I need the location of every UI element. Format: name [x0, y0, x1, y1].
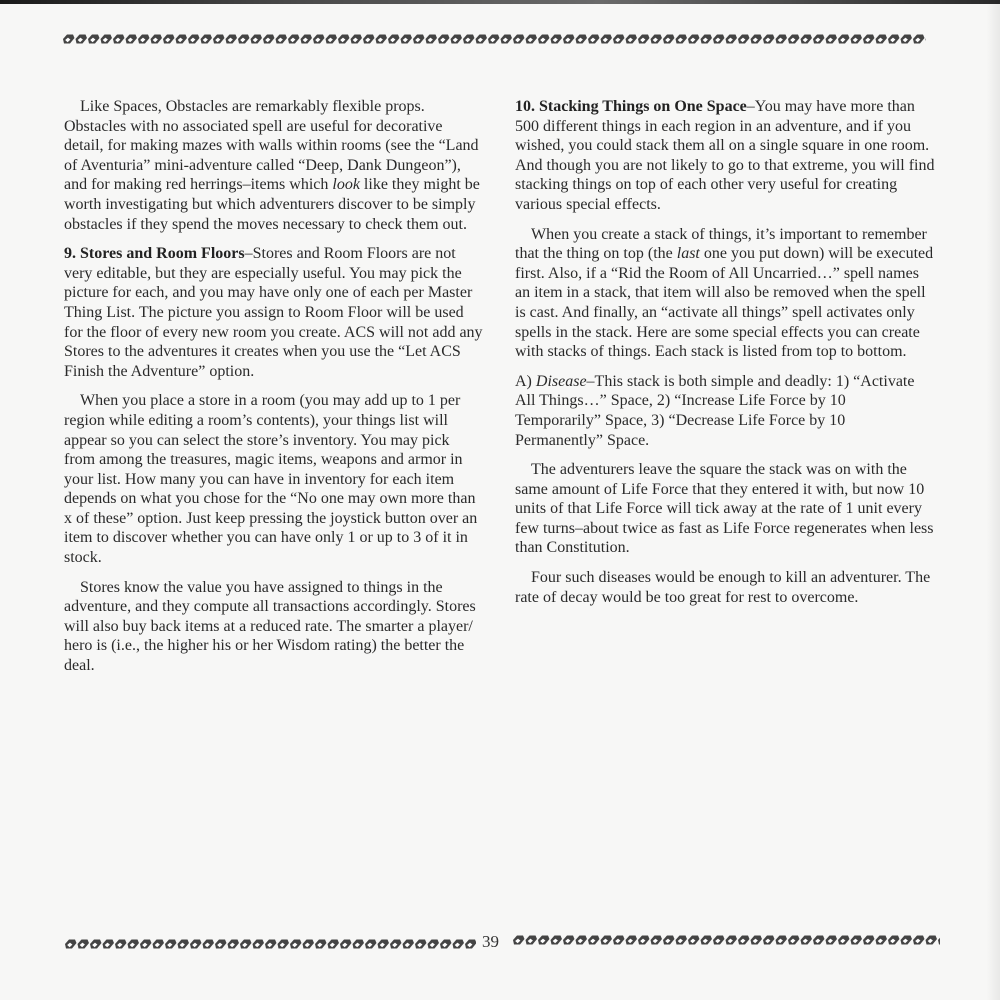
left-column: Like Spaces, Obstacles are remarkably fl…	[64, 97, 484, 686]
life-force-paragraph: The adventurers leave the square the sta…	[515, 460, 935, 558]
section-9-heading: 9. Stores and Room Floors	[64, 245, 245, 262]
four-diseases-paragraph: Four such diseases would be enough to ki…	[515, 568, 935, 607]
stack-order-paragraph: When you create a stack of things, it’s …	[515, 225, 935, 362]
store-placement-paragraph: When you place a store in a room (you ma…	[64, 391, 484, 567]
scan-edge	[0, 0, 1000, 4]
section-9-paragraph: 9. Stores and Room Floors–Stores and Roo…	[64, 244, 484, 381]
item-label: A)	[515, 373, 536, 390]
emphasis-look: look	[332, 176, 360, 193]
dash: –	[747, 98, 755, 115]
page-number: 39	[482, 932, 499, 952]
dash: –	[587, 373, 595, 390]
item-title-disease: Disease	[536, 373, 587, 390]
text: one you put down) will be executed first…	[515, 245, 933, 360]
obstacles-paragraph: Like Spaces, Obstacles are remarkably fl…	[64, 97, 484, 234]
right-column: 10. Stacking Things on One Space–You may…	[515, 97, 935, 617]
section-10-heading: 10. Stacking Things on One Space	[515, 98, 747, 115]
decorative-diamond-border-top	[62, 33, 926, 45]
store-value-paragraph: Stores know the value you have assigned …	[64, 578, 484, 676]
decorative-diamond-border-bottom-right	[512, 934, 940, 946]
scan-shadow	[986, 0, 1000, 1000]
section-9-body: Stores and Room Floors are not very edit…	[64, 245, 483, 380]
section-10-body: You may have more than 500 different thi…	[515, 98, 934, 213]
emphasis-last: last	[677, 245, 700, 262]
section-10-paragraph: 10. Stacking Things on One Space–You may…	[515, 97, 935, 215]
disease-item: A) Disease–This stack is both simple and…	[515, 372, 935, 450]
dash: –	[245, 245, 253, 262]
decorative-diamond-border-bottom-left	[64, 938, 476, 950]
